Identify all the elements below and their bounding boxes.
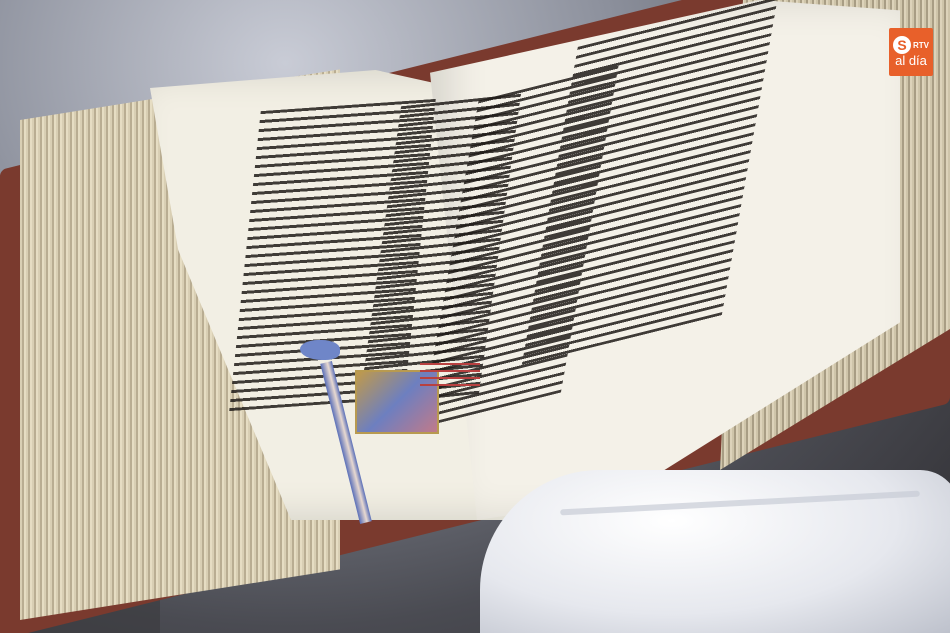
- logo-s-letter: S: [893, 36, 911, 54]
- watermark-logo: S RTV al día: [889, 28, 933, 76]
- red-rubric-text: [420, 362, 480, 386]
- logo-label: al día: [895, 54, 927, 68]
- dragon-ornament: [300, 340, 340, 360]
- logo-rtv: RTV: [913, 41, 929, 50]
